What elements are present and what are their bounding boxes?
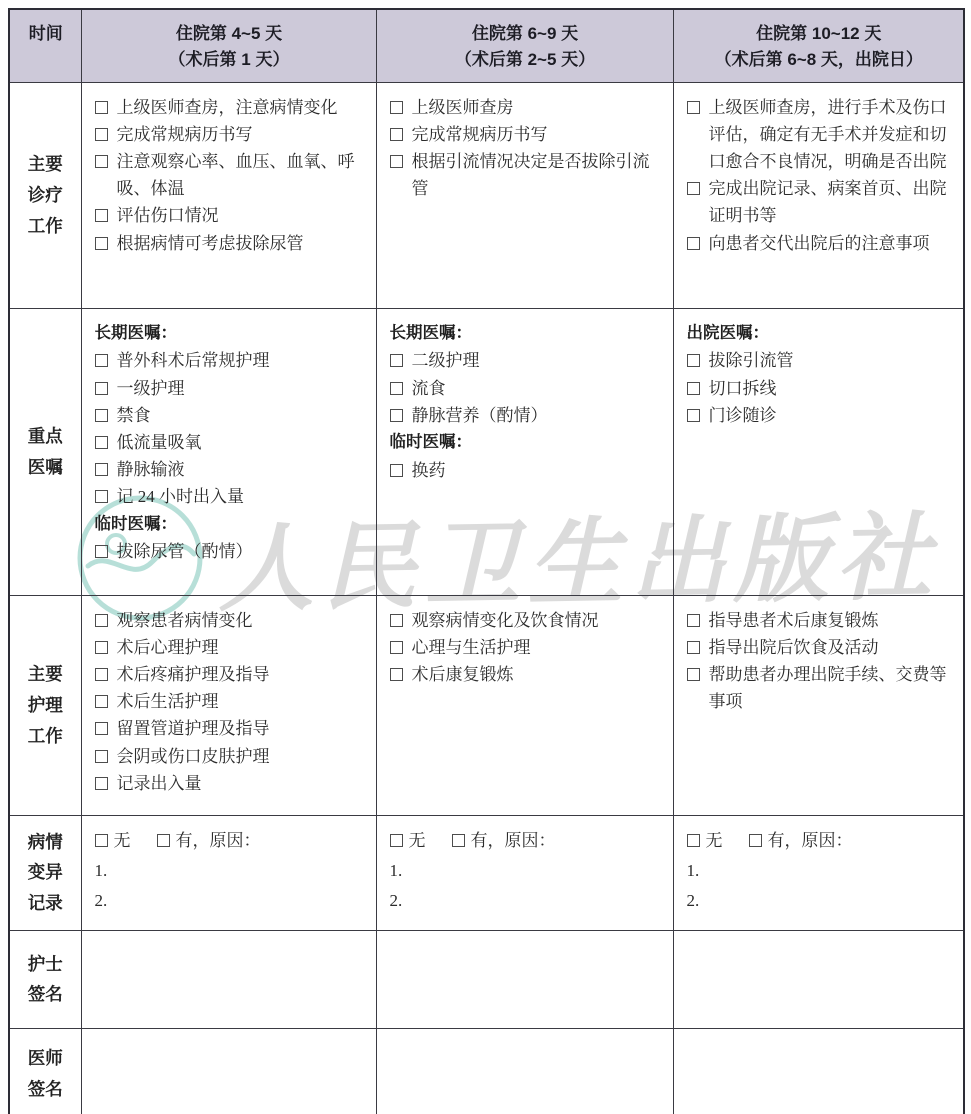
header-col-line2: （术后第 6~8 天，出院日） xyxy=(687,47,952,73)
table-cell: 上级医师查房完成常规病历书写根据引流情况决定是否拔除引流管 xyxy=(376,82,673,308)
variation-yes-option: 有，原因： xyxy=(157,827,261,854)
checklist-item: 禁食 xyxy=(95,402,364,429)
checklist-item: 帮助患者办理出院手续、交费等事项 xyxy=(687,661,952,715)
table-row: 病情变异记录无有，原因：1.2.无有，原因：1.2.无有，原因：1.2. xyxy=(9,815,964,930)
checkbox-icon xyxy=(95,436,108,449)
row-label-line: 护理 xyxy=(12,690,79,721)
checkbox-icon xyxy=(95,545,108,558)
checklist-item-text: 禁食 xyxy=(117,402,151,429)
row-label-line: 医嘱 xyxy=(12,452,79,483)
row-label: 主要诊疗工作 xyxy=(9,82,81,308)
order-category-heading: 长期医嘱： xyxy=(390,320,661,348)
row-label-line: 变异 xyxy=(12,857,79,888)
checkbox-icon xyxy=(95,490,108,503)
checklist-item: 术后康复锻炼 xyxy=(390,661,661,688)
checklist-item-text: 根据引流情况决定是否拔除引流管 xyxy=(412,148,661,202)
row-label: 主要护理工作 xyxy=(9,595,81,815)
variation-option-text: 有，原因： xyxy=(768,827,853,854)
checkbox-icon xyxy=(390,409,403,422)
table-cell xyxy=(376,930,673,1028)
checkbox-icon xyxy=(390,128,403,141)
header-col-day4-5: 住院第 4~5 天 （术后第 1 天） xyxy=(81,9,376,82)
checkbox-icon xyxy=(95,777,108,790)
checklist-item: 记 24 小时出入量 xyxy=(95,483,364,510)
checkbox-icon xyxy=(157,834,170,847)
checkbox-icon xyxy=(95,750,108,763)
row-label-line: 工作 xyxy=(12,211,79,242)
checklist-item-text: 根据病情可考虑拔除尿管 xyxy=(117,230,304,257)
table-cell xyxy=(673,1028,964,1114)
checklist-item: 指导出院后饮食及活动 xyxy=(687,634,952,661)
checklist-item-text: 完成常规病历书写 xyxy=(117,121,253,148)
checklist-item: 切口拆线 xyxy=(687,375,952,402)
variation-none-option: 无 xyxy=(95,827,131,854)
numbered-blank-line: 2. xyxy=(390,886,661,916)
checklist-item-text: 术后康复锻炼 xyxy=(412,661,514,688)
header-col-line2: （术后第 1 天） xyxy=(95,47,364,73)
row-label-line: 主要 xyxy=(12,659,79,690)
checkbox-icon xyxy=(95,382,108,395)
checklist-item-text: 记录出入量 xyxy=(117,770,202,797)
checklist-item-text: 切口拆线 xyxy=(709,375,777,402)
row-label-line: 签名 xyxy=(12,1074,79,1105)
checklist-item: 低流量吸氧 xyxy=(95,429,364,456)
checklist-item: 上级医师查房，进行手术及伤口评估，确定有无手术并发症和切口愈合不良情况，明确是否… xyxy=(687,94,952,176)
numbered-blank-line: 2. xyxy=(95,886,364,916)
variation-options-line: 无有，原因： xyxy=(687,827,952,854)
table-cell xyxy=(81,930,376,1028)
checklist-item: 拔除尿管（酌情） xyxy=(95,538,364,565)
checkbox-icon xyxy=(95,668,108,681)
row-label-line: 工作 xyxy=(12,721,79,752)
variation-none-option: 无 xyxy=(390,827,426,854)
table-cell: 长期医嘱：普外科术后常规护理一级护理禁食低流量吸氧静脉输液记 24 小时出入量临… xyxy=(81,308,376,595)
checkbox-icon xyxy=(749,834,762,847)
header-col-line2: （术后第 2~5 天） xyxy=(390,47,661,73)
variation-options-line: 无有，原因： xyxy=(390,827,661,854)
checkbox-icon xyxy=(687,614,700,627)
checkbox-icon xyxy=(95,101,108,114)
checkbox-icon xyxy=(95,237,108,250)
table-cell: 无有，原因：1.2. xyxy=(673,815,964,930)
header-col-line1: 住院第 10~12 天 xyxy=(687,21,952,47)
checkbox-icon xyxy=(390,834,403,847)
checklist-item: 普外科术后常规护理 xyxy=(95,347,364,374)
checklist-item-text: 评估伤口情况 xyxy=(117,202,219,229)
variation-option-text: 无 xyxy=(706,827,723,854)
checklist-item: 术后生活护理 xyxy=(95,688,364,715)
checklist-item: 注意观察心率、血压、血氧、呼吸、体温 xyxy=(95,148,364,202)
variation-option-text: 有，原因： xyxy=(176,827,261,854)
checklist-item: 完成常规病历书写 xyxy=(390,121,661,148)
order-category-heading: 临时医嘱： xyxy=(95,511,364,539)
checklist-item-text: 完成出院记录、病案首页、出院证明书等 xyxy=(709,175,952,229)
checkbox-icon xyxy=(95,614,108,627)
row-label-line: 诊疗 xyxy=(12,180,79,211)
checkbox-icon xyxy=(390,464,403,477)
checklist-item-text: 记 24 小时出入量 xyxy=(117,483,245,510)
checklist-item-text: 指导出院后饮食及活动 xyxy=(709,634,879,661)
checkbox-icon xyxy=(687,382,700,395)
checklist-item: 根据病情可考虑拔除尿管 xyxy=(95,230,364,257)
checkbox-icon xyxy=(95,463,108,476)
checklist-item: 流食 xyxy=(390,375,661,402)
table-cell: 出院医嘱：拔除引流管切口拆线门诊随诊 xyxy=(673,308,964,595)
checkbox-icon xyxy=(687,237,700,250)
checklist-item: 术后心理护理 xyxy=(95,634,364,661)
header-col-line1: 住院第 6~9 天 xyxy=(390,21,661,47)
checklist-item-text: 上级医师查房 xyxy=(412,94,514,121)
row-label-line: 重点 xyxy=(12,421,79,452)
checklist-item-text: 门诊随诊 xyxy=(709,402,777,429)
checklist-item: 指导患者术后康复锻炼 xyxy=(687,607,952,634)
checkbox-icon xyxy=(687,409,700,422)
checklist-item: 心理与生活护理 xyxy=(390,634,661,661)
checklist-item-text: 观察患者病情变化 xyxy=(117,607,253,634)
checkbox-icon xyxy=(95,209,108,222)
checkbox-icon xyxy=(390,101,403,114)
checkbox-icon xyxy=(95,641,108,654)
checklist-item-text: 流食 xyxy=(412,375,446,402)
checkbox-icon xyxy=(390,641,403,654)
checkbox-icon xyxy=(95,722,108,735)
variation-yes-option: 有，原因： xyxy=(452,827,556,854)
row-label: 病情变异记录 xyxy=(9,815,81,930)
checklist-item: 完成出院记录、病案首页、出院证明书等 xyxy=(687,175,952,229)
row-label-line: 病情 xyxy=(12,827,79,858)
checkbox-icon xyxy=(452,834,465,847)
checklist-item-text: 注意观察心率、血压、血氧、呼吸、体温 xyxy=(117,148,364,202)
checkbox-icon xyxy=(95,155,108,168)
checkbox-icon xyxy=(687,101,700,114)
checkbox-icon xyxy=(687,182,700,195)
checkbox-icon xyxy=(95,834,108,847)
checkbox-icon xyxy=(95,409,108,422)
table-cell: 上级医师查房，注意病情变化完成常规病历书写注意观察心率、血压、血氧、呼吸、体温评… xyxy=(81,82,376,308)
row-label-line: 主要 xyxy=(12,149,79,180)
table-row: 重点医嘱长期医嘱：普外科术后常规护理一级护理禁食低流量吸氧静脉输液记 24 小时… xyxy=(9,308,964,595)
checklist-item: 门诊随诊 xyxy=(687,402,952,429)
checklist-item: 观察患者病情变化 xyxy=(95,607,364,634)
checklist-item-text: 静脉输液 xyxy=(117,456,185,483)
checkbox-icon xyxy=(390,354,403,367)
table-cell xyxy=(81,1028,376,1114)
table-row: 医师签名 xyxy=(9,1028,964,1114)
header-col-day10-12: 住院第 10~12 天 （术后第 6~8 天，出院日） xyxy=(673,9,964,82)
table-cell: 上级医师查房，进行手术及伤口评估，确定有无手术并发症和切口愈合不良情况，明确是否… xyxy=(673,82,964,308)
checkbox-icon xyxy=(95,128,108,141)
checklist-item: 一级护理 xyxy=(95,375,364,402)
numbered-blank-line: 1. xyxy=(95,856,364,886)
checklist-item-text: 会阴或伤口皮肤护理 xyxy=(117,743,270,770)
table-cell: 无有，原因：1.2. xyxy=(376,815,673,930)
checkbox-icon xyxy=(390,382,403,395)
variation-options-line: 无有，原因： xyxy=(95,827,364,854)
row-label: 护士签名 xyxy=(9,930,81,1028)
checklist-item-text: 换药 xyxy=(412,457,446,484)
header-col-day6-9: 住院第 6~9 天 （术后第 2~5 天） xyxy=(376,9,673,82)
checklist-item: 记录出入量 xyxy=(95,770,364,797)
checklist-item-text: 上级医师查房，进行手术及伤口评估，确定有无手术并发症和切口愈合不良情况，明确是否… xyxy=(709,94,952,176)
checkbox-icon xyxy=(687,641,700,654)
table-cell: 无有，原因：1.2. xyxy=(81,815,376,930)
variation-option-text: 无 xyxy=(114,827,131,854)
checklist-item-text: 低流量吸氧 xyxy=(117,429,202,456)
row-label: 医师签名 xyxy=(9,1028,81,1114)
table-row: 主要护理工作观察患者病情变化术后心理护理术后疼痛护理及指导术后生活护理留置管道护… xyxy=(9,595,964,815)
row-label-line: 护士 xyxy=(12,949,79,980)
variation-option-text: 有，原因： xyxy=(471,827,556,854)
checklist-item: 拔除引流管 xyxy=(687,347,952,374)
row-label-line: 记录 xyxy=(12,888,79,919)
table-cell: 长期医嘱：二级护理流食静脉营养（酌情）临时医嘱：换药 xyxy=(376,308,673,595)
checklist-item: 完成常规病历书写 xyxy=(95,121,364,148)
table-header-row: 时间 住院第 4~5 天 （术后第 1 天） 住院第 6~9 天 （术后第 2~… xyxy=(9,9,964,82)
checkbox-icon xyxy=(95,695,108,708)
header-time-label: 时间 xyxy=(9,9,81,82)
table-row: 主要诊疗工作上级医师查房，注意病情变化完成常规病历书写注意观察心率、血压、血氧、… xyxy=(9,82,964,308)
checklist-item-text: 向患者交代出院后的注意事项 xyxy=(709,230,930,257)
checklist-item-text: 上级医师查房，注意病情变化 xyxy=(117,94,338,121)
table-cell: 指导患者术后康复锻炼指导出院后饮食及活动帮助患者办理出院手续、交费等事项 xyxy=(673,595,964,815)
order-category-heading: 出院医嘱： xyxy=(687,320,952,348)
checklist-item-text: 拔除引流管 xyxy=(709,347,794,374)
checkbox-icon xyxy=(687,668,700,681)
order-category-heading: 长期医嘱： xyxy=(95,320,364,348)
checklist-item-text: 一级护理 xyxy=(117,375,185,402)
checkbox-icon xyxy=(390,614,403,627)
checklist-item: 静脉营养（酌情） xyxy=(390,402,661,429)
checklist-item: 上级医师查房，注意病情变化 xyxy=(95,94,364,121)
variation-option-text: 无 xyxy=(409,827,426,854)
checklist-item: 术后疼痛护理及指导 xyxy=(95,661,364,688)
checklist-item-text: 术后疼痛护理及指导 xyxy=(117,661,270,688)
checklist-item-text: 普外科术后常规护理 xyxy=(117,347,270,374)
variation-none-option: 无 xyxy=(687,827,723,854)
clinical-pathway-table: 时间 住院第 4~5 天 （术后第 1 天） 住院第 6~9 天 （术后第 2~… xyxy=(8,8,965,1114)
table-cell: 观察病情变化及饮食情况心理与生活护理术后康复锻炼 xyxy=(376,595,673,815)
numbered-blank-line: 1. xyxy=(390,856,661,886)
checkbox-icon xyxy=(687,354,700,367)
checklist-item: 换药 xyxy=(390,457,661,484)
checkbox-icon xyxy=(390,668,403,681)
variation-yes-option: 有，原因： xyxy=(749,827,853,854)
checklist-item-text: 静脉营养（酌情） xyxy=(412,402,548,429)
table-cell xyxy=(673,930,964,1028)
checklist-item-text: 心理与生活护理 xyxy=(412,634,531,661)
checklist-item-text: 二级护理 xyxy=(412,347,480,374)
checkbox-icon xyxy=(687,834,700,847)
checklist-item-text: 观察病情变化及饮食情况 xyxy=(412,607,599,634)
checklist-item-text: 留置管道护理及指导 xyxy=(117,715,270,742)
checklist-item: 上级医师查房 xyxy=(390,94,661,121)
checklist-item: 根据引流情况决定是否拔除引流管 xyxy=(390,148,661,202)
row-label-line: 医师 xyxy=(12,1043,79,1074)
checklist-item-text: 完成常规病历书写 xyxy=(412,121,548,148)
table-cell: 观察患者病情变化术后心理护理术后疼痛护理及指导术后生活护理留置管道护理及指导会阴… xyxy=(81,595,376,815)
checklist-item: 评估伤口情况 xyxy=(95,202,364,229)
header-col-line1: 住院第 4~5 天 xyxy=(95,21,364,47)
checklist-item-text: 术后生活护理 xyxy=(117,688,219,715)
table-cell xyxy=(376,1028,673,1114)
row-label: 重点医嘱 xyxy=(9,308,81,595)
checklist-item: 向患者交代出院后的注意事项 xyxy=(687,230,952,257)
checkbox-icon xyxy=(390,155,403,168)
checkbox-icon xyxy=(95,354,108,367)
checklist-item-text: 指导患者术后康复锻炼 xyxy=(709,607,879,634)
table-row: 护士签名 xyxy=(9,930,964,1028)
row-label-line: 签名 xyxy=(12,979,79,1010)
checklist-item: 留置管道护理及指导 xyxy=(95,715,364,742)
checklist-item: 会阴或伤口皮肤护理 xyxy=(95,743,364,770)
checklist-item: 观察病情变化及饮食情况 xyxy=(390,607,661,634)
checklist-item: 二级护理 xyxy=(390,347,661,374)
numbered-blank-line: 1. xyxy=(687,856,952,886)
order-category-heading: 临时医嘱： xyxy=(390,429,661,457)
numbered-blank-line: 2. xyxy=(687,886,952,916)
checklist-item-text: 帮助患者办理出院手续、交费等事项 xyxy=(709,661,952,715)
checklist-item-text: 术后心理护理 xyxy=(117,634,219,661)
checklist-item-text: 拔除尿管（酌情） xyxy=(117,538,253,565)
checklist-item: 静脉输液 xyxy=(95,456,364,483)
